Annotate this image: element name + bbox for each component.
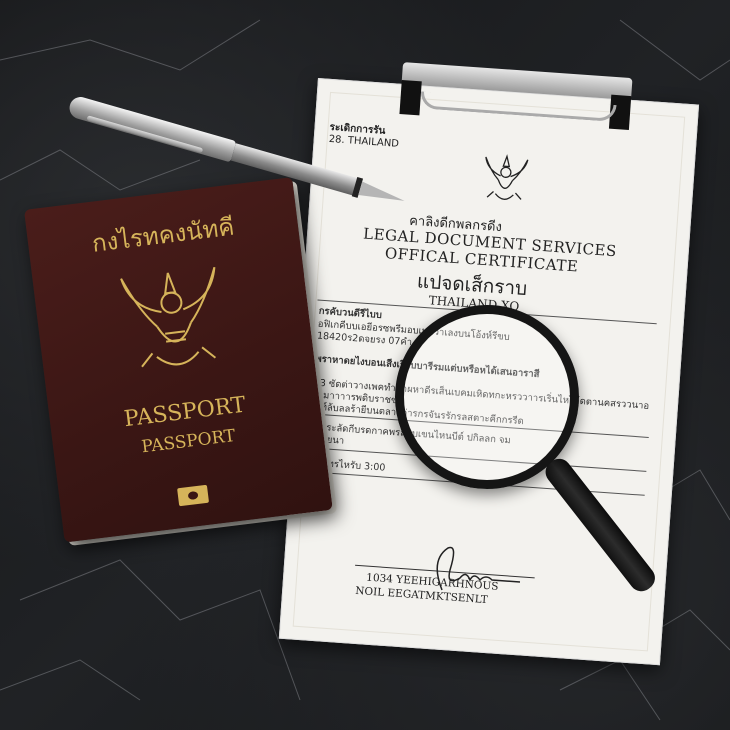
magnifier-lens	[395, 305, 579, 489]
clipboard-clip	[397, 62, 632, 158]
passport: กงไรทคงนัทคี PASSPORT PASSPORT	[24, 177, 333, 542]
passport-thai-title: กงไรทคงนัทคี	[27, 199, 300, 271]
garuda-emblem-icon	[479, 149, 533, 208]
garuda-emblem-icon	[112, 256, 236, 389]
signature	[420, 540, 530, 600]
biometric-chip-icon	[177, 485, 209, 507]
clip-tab-left	[399, 80, 421, 115]
